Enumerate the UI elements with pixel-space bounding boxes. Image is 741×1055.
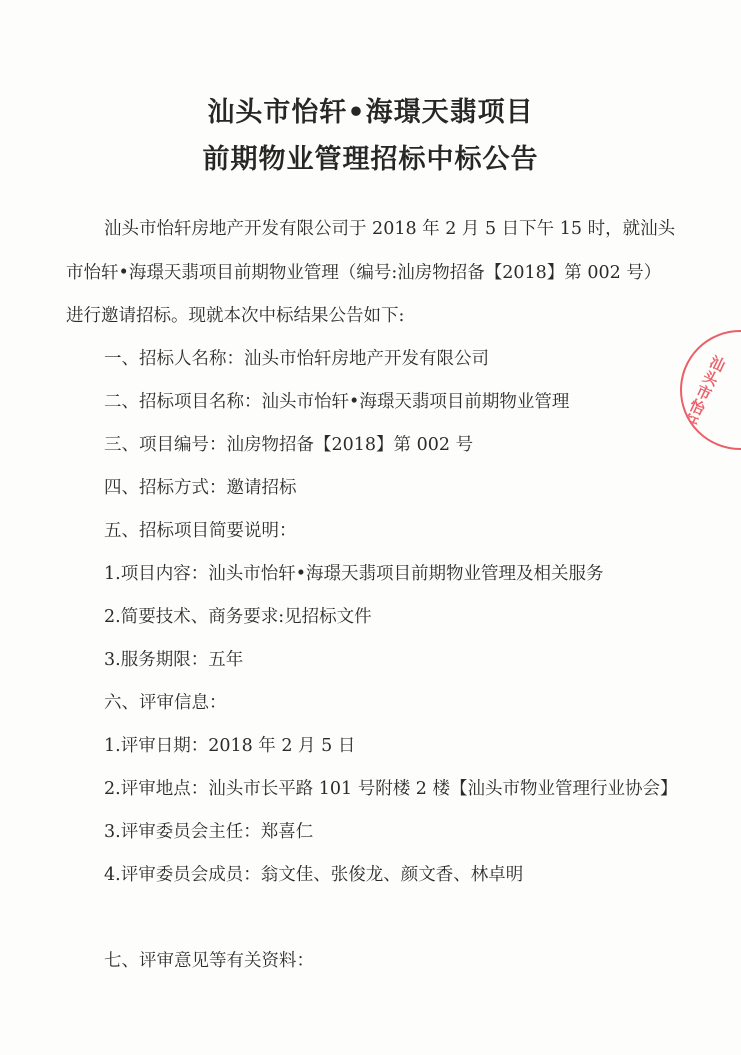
section-project-summary: 五、招标项目简要说明： [104,517,297,542]
summary-item-content: 1.项目内容：汕头市怡轩•海璟天翡项目前期物业管理及相关服务 [104,560,604,585]
company-seal-stamp: 汕头市怡轩房 [680,330,741,450]
document-title-line1: 汕头市怡轩•海璟天翡项目 [0,90,741,129]
review-item-members: 4.评审委员会成员：翁文佳、张俊龙、颜文香、林卓明 [104,861,523,886]
intro-line-2: 市怡轩•海璟天翡项目前期物业管理（编号:汕房物招备【2018】第 002 号） [66,259,661,284]
document-page: 汕头市怡轩•海璟天翡项目 前期物业管理招标中标公告 汕头市怡轩房地产开发有限公司… [0,0,741,1055]
document-title-line2: 前期物业管理招标中标公告 [0,137,741,176]
review-item-location: 2.评审地点：汕头市长平路 101 号附楼 2 楼【汕头市物业管理行业协会】 [104,775,677,800]
summary-item-term: 3.服务期限：五年 [104,646,243,671]
review-item-date: 1.评审日期：2018 年 2 月 5 日 [104,732,355,757]
summary-item-requirements: 2.简要技术、商务要求:见招标文件 [104,603,372,628]
intro-line-3: 进行邀请招标。现就本次中标结果公告如下: [66,302,404,327]
review-item-chair: 3.评审委员会主任：郑喜仁 [104,818,313,843]
section-bidder-name: 一、招标人名称：汕头市怡轩房地产开发有限公司 [104,345,489,370]
section-bid-method: 四、招标方式：邀请招标 [104,474,297,499]
stamp-text: 汕头市怡轩房 [680,352,730,448]
section-review-opinions: 七、评审意见等有关资料： [104,947,314,972]
section-project-name: 二、招标项目名称：汕头市怡轩•海璟天翡项目前期物业管理 [104,388,569,413]
section-project-number: 三、项目编号：汕房物招备【2018】第 002 号 [104,431,473,456]
section-review-info: 六、评审信息： [104,689,227,714]
intro-line-1: 汕头市怡轩房地产开发有限公司于 2018 年 2 月 5 日下午 15 时，就汕… [104,215,675,240]
